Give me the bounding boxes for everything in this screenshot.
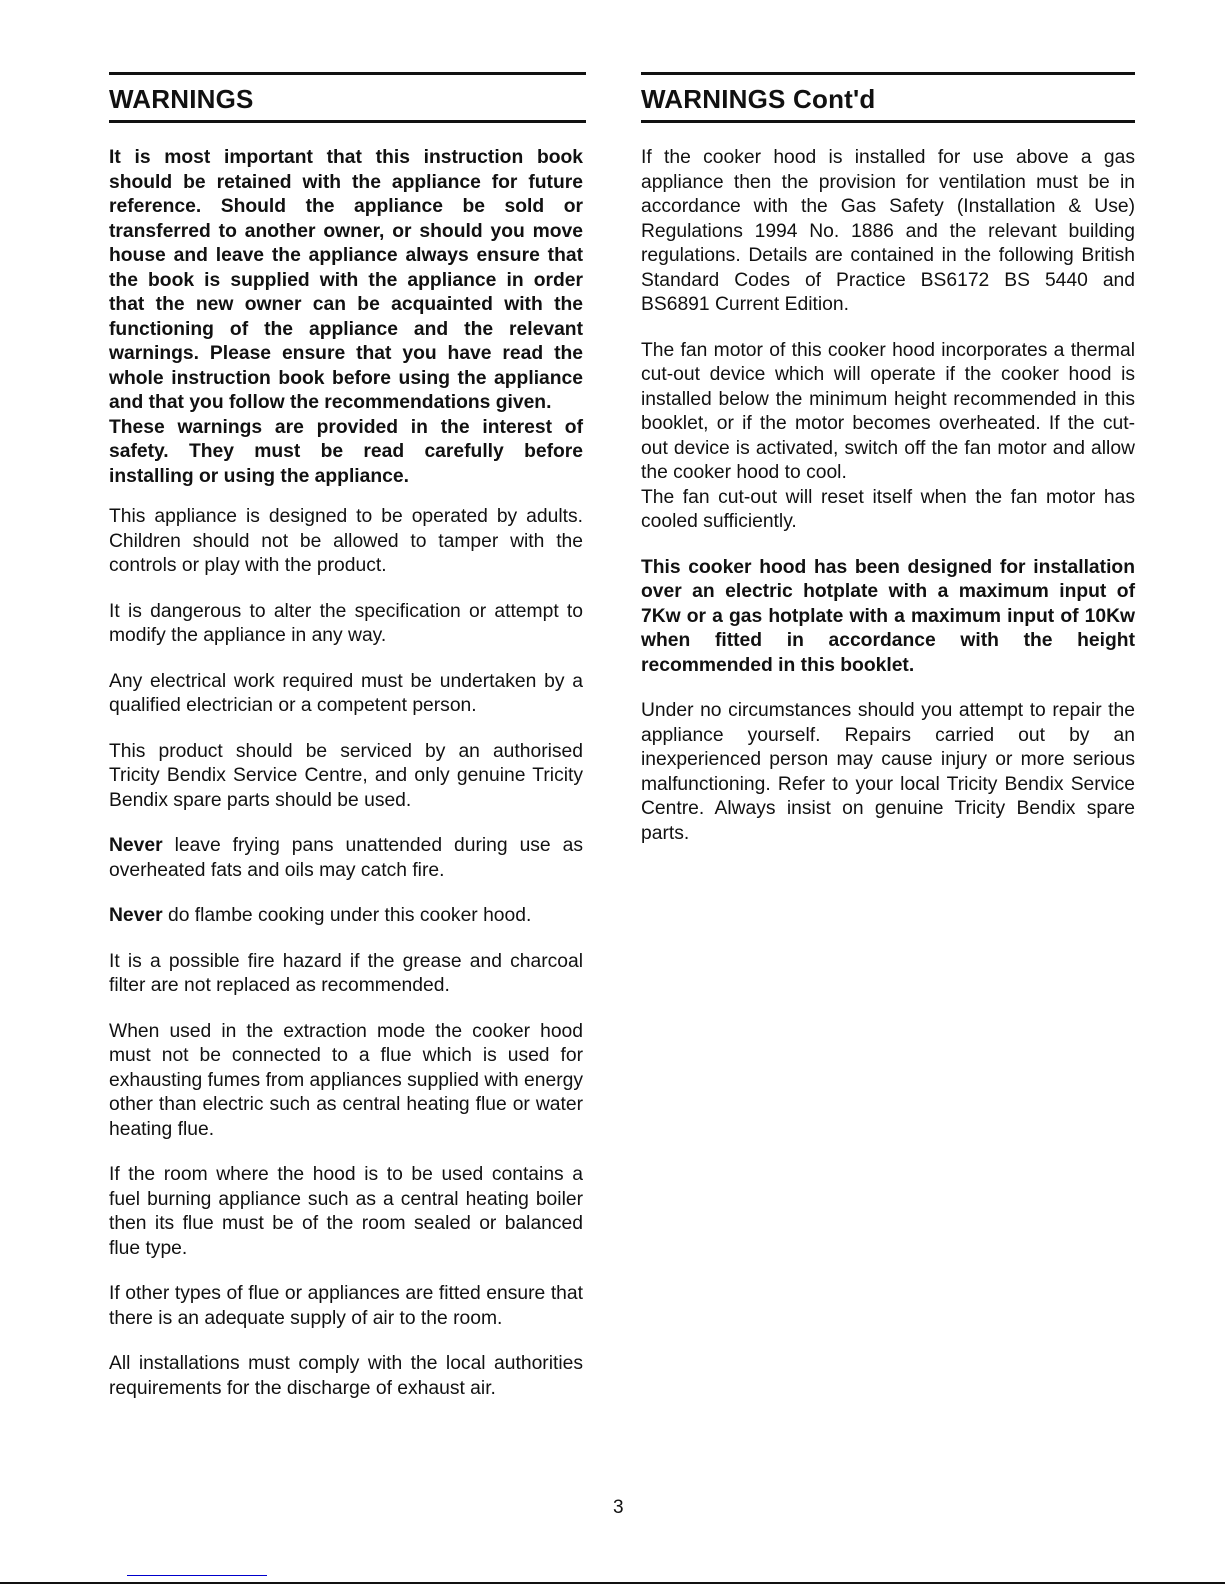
local-authorities-warning: All installations must comply with the l…: [109, 1352, 583, 1401]
left-column: WARNINGS It is most important that this …: [109, 72, 583, 1422]
air-supply-warning: If other types of flue or appliances are…: [109, 1282, 583, 1331]
adults-only-warning: This appliance is designed to be operate…: [109, 505, 583, 579]
warnings-heading-block: WARNINGS: [109, 72, 586, 123]
link-underline: [127, 1575, 267, 1576]
never-emphasis: Never: [109, 835, 163, 856]
extraction-flue-warning: When used in the extraction mode the coo…: [109, 1020, 583, 1143]
bottom-rule: [0, 1582, 1225, 1584]
repairs-warning: Under no circumstances should you attemp…: [641, 699, 1135, 846]
service-centre-warning: This product should be serviced by an au…: [109, 740, 583, 814]
design-rating-notice: This cooker hood has been designed for i…: [641, 556, 1135, 679]
cutout-reset-info: The fan cut-out will reset itself when t…: [641, 486, 1135, 535]
warnings-contd-heading-block: WARNINGS Cont'd: [641, 72, 1135, 123]
section-title-contd: WARNINGS Cont'd: [641, 84, 876, 114]
no-modification-warning: It is dangerous to alter the specificati…: [109, 600, 583, 649]
flambe-text: do flambe cooking under this cooker hood…: [163, 905, 532, 926]
gas-ventilation-warning: If the cooker hood is installed for use …: [641, 146, 1135, 318]
retain-book-warning: It is most important that this instructi…: [109, 146, 583, 416]
frying-pans-warning: Never leave frying pans unattended durin…: [109, 834, 583, 883]
right-column: WARNINGS Cont'd If the cooker hood is in…: [641, 72, 1135, 867]
never-emphasis: Never: [109, 905, 163, 926]
filter-fire-hazard-warning: It is a possible fire hazard if the grea…: [109, 950, 583, 999]
flambe-warning: Never do flambe cooking under this cooke…: [109, 904, 583, 929]
safety-interest-warning: These warnings are provided in the inter…: [109, 416, 583, 490]
thermal-cutout-info: The fan motor of this cooker hood incorp…: [641, 339, 1135, 486]
electrical-work-warning: Any electrical work required must be und…: [109, 670, 583, 719]
page-number: 3: [613, 1497, 624, 1519]
page-title: WARNINGS: [109, 84, 254, 114]
fuel-burning-appliance-warning: If the room where the hood is to be used…: [109, 1163, 583, 1261]
frying-pans-text: leave frying pans unattended during use …: [109, 835, 583, 881]
